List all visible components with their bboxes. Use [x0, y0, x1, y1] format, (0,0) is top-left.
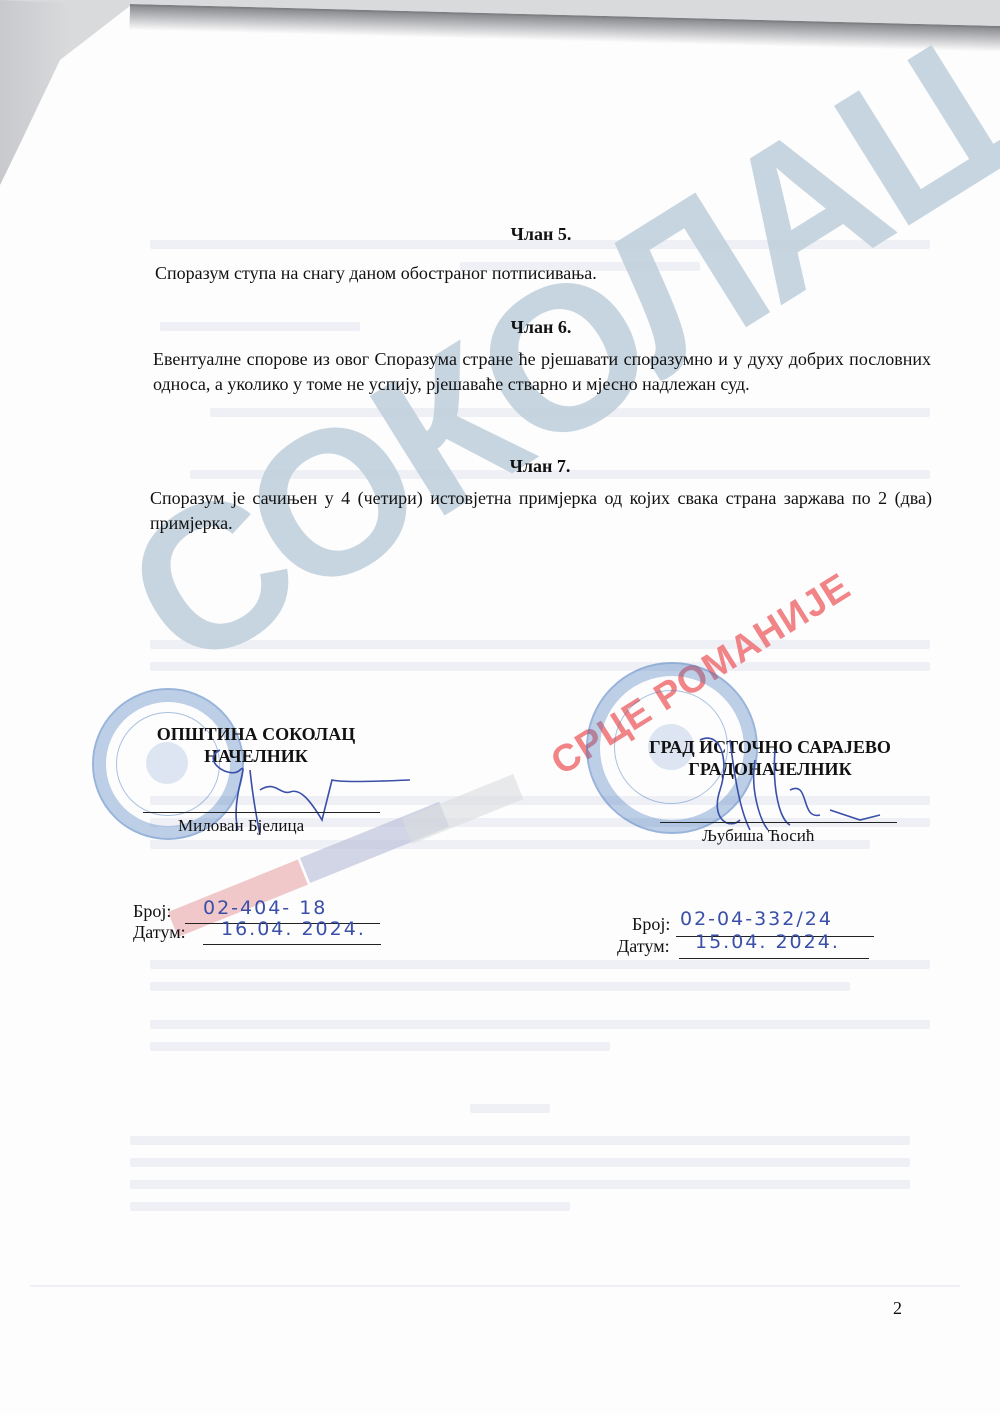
left-date-value: 16.04. 2024. — [221, 918, 366, 940]
right-number-label: Број: — [632, 914, 670, 935]
article-7-title: Члан 7. — [440, 456, 640, 477]
signatory-left-name: Милован Бјелица — [178, 816, 304, 836]
article-5-title: Члан 5. — [441, 224, 641, 245]
left-number-value: 02-404- 18 — [203, 897, 327, 919]
right-date-label: Датум: — [617, 936, 670, 957]
article-7-text: Споразум је сачињен у 4 (четири) истовје… — [150, 486, 932, 536]
right-date-value: 15.04. 2024. — [695, 931, 840, 953]
right-number-value: 02-04-332/24 — [680, 908, 833, 930]
left-number-field: Број: 02-404- 18 — [133, 901, 171, 922]
left-date-field: Датум: 16.04. 2024. — [133, 922, 186, 943]
signature-line-left — [143, 812, 380, 813]
article-6-text: Евентуалне спорове из овог Споразума стр… — [153, 347, 931, 397]
page-number: 2 — [893, 1298, 902, 1319]
right-date-field: Датум: 15.04. 2024. — [617, 936, 670, 957]
left-number-label: Број: — [133, 901, 171, 922]
signature-line-right — [660, 822, 897, 823]
left-date-label: Датум: — [133, 922, 186, 943]
right-number-field: Број: 02-04-332/24 — [632, 914, 670, 935]
signatory-right-name: Љубиша Ћосић — [702, 826, 814, 846]
article-6-title: Члан 6. — [441, 317, 641, 338]
article-5-text: Споразум ступа на снагу даном обостраног… — [155, 261, 935, 286]
